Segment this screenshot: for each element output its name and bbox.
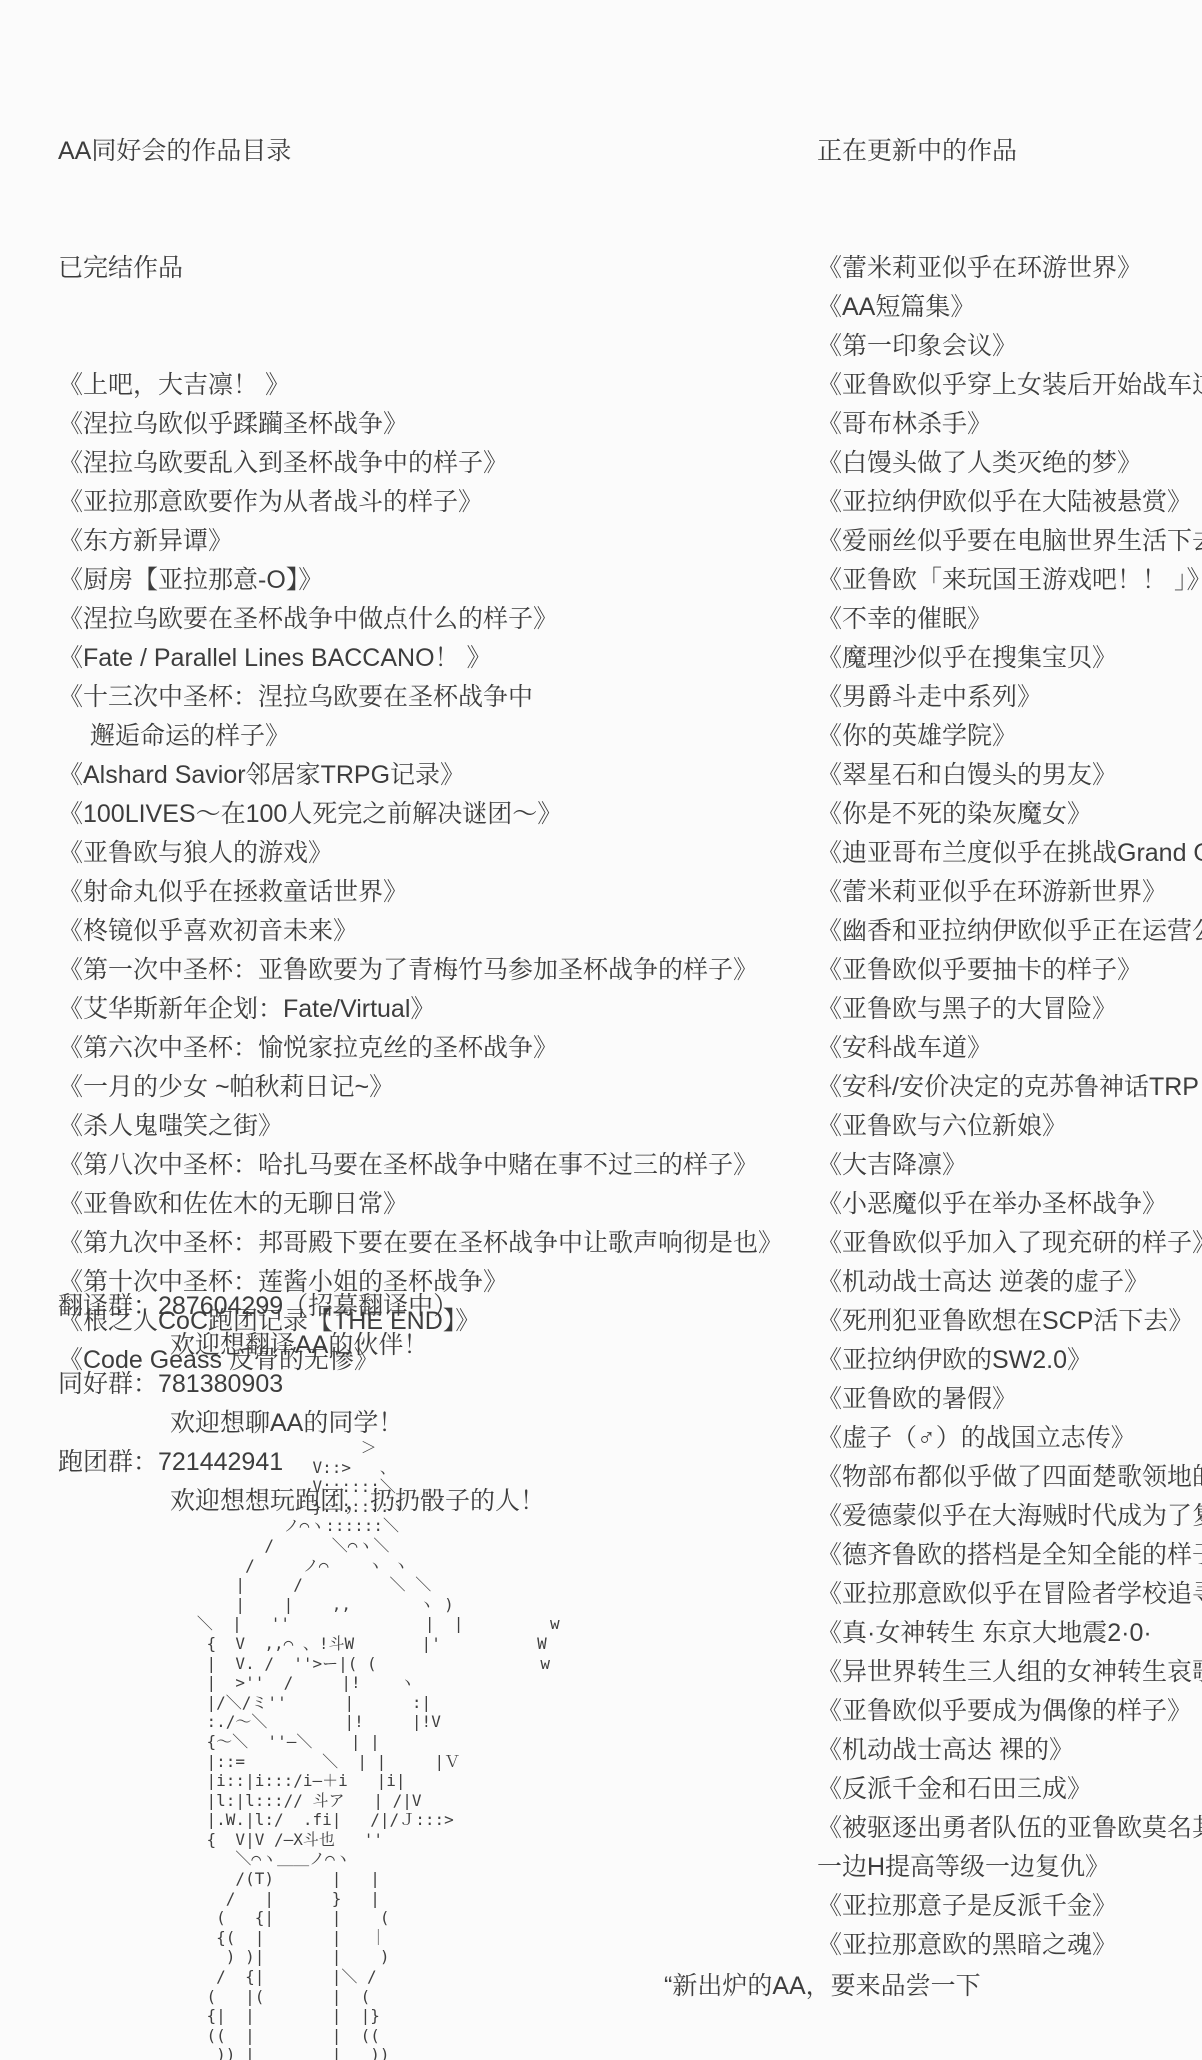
work-title: 《亚鲁欧与六位新娘》 (817, 1107, 1202, 1146)
work-title: 《柊镜似乎喜欢初音未来》 (58, 912, 783, 951)
work-title: 《AA短篇集》 (817, 288, 1202, 327)
work-title: 《蕾米莉亚似乎在环游新世界》 (817, 873, 1202, 912)
work-title: 《十三次中圣杯：涅拉乌欧要在圣杯战争中 (58, 678, 783, 717)
work-title: 《被驱逐出勇者队伍的亚鲁欧莫名其 (817, 1809, 1202, 1848)
work-title: 《亚鲁欧似乎穿上女装后开始战车道 (817, 366, 1202, 405)
ascii-art-character: ＞ V::> 、 V::::::＼ }:::::::ヽ ノ⌒ヽ::::::＼ /… (168, 1438, 560, 2060)
work-title: 《蕾米莉亚似乎在环游世界》 (817, 249, 1202, 288)
work-title: 《第一次中圣杯：亚鲁欧要为了青梅竹马参加圣杯战争的样子》 (58, 951, 783, 990)
work-title: 《机动战士高达 裸的》 (817, 1731, 1202, 1770)
work-title: 《哥布林杀手》 (817, 405, 1202, 444)
work-title: 《Fate / Parallel Lines BACCANO！ 》 (58, 639, 783, 678)
work-title: 《白馒头做了人类灭绝的梦》 (817, 444, 1202, 483)
work-title: 《安科战车道》 (817, 1029, 1202, 1068)
work-title: 《涅拉乌欧要在圣杯战争中做点什么的样子》 (58, 600, 783, 639)
work-title: 邂逅命运的样子》 (58, 717, 783, 756)
work-title: 《亚鲁欧与黑子的大冒险》 (817, 990, 1202, 1029)
work-title: 《异世界转生三人组的女神转生哀歌 (817, 1653, 1202, 1692)
work-title: 《亚拉那意欧似乎在冒险者学校追寻 (817, 1575, 1202, 1614)
work-title: 《安科/安价决定的克苏鲁神话TRP (817, 1068, 1202, 1107)
work-title: 《幽香和亚拉纳伊欧似乎正在运营公 (817, 912, 1202, 951)
work-title: 《涅拉乌欧要乱入到圣杯战争中的样子》 (58, 444, 783, 483)
work-title: 《厨房【亚拉那意-O】》 (58, 561, 783, 600)
work-title: 《亚鲁欧的暑假》 (817, 1380, 1202, 1419)
work-title: 《你的英雄学院》 (817, 717, 1202, 756)
work-title: 《爱德蒙似乎在大海贼时代成为了复 (817, 1497, 1202, 1536)
footer-quote: “新出炉的AA，要来品尝一下 (664, 1966, 981, 2002)
updating-works-column: 正在更新中的作品 《蕾米莉亚似乎在环游世界》《AA短篇集》《第一印象会议》《亚鲁… (817, 54, 1202, 2043)
work-title: 《杀人鬼嗤笑之街》 (58, 1107, 783, 1146)
work-title: 《魔理沙似乎在搜集宝贝》 (817, 639, 1202, 678)
updating-section-label: 正在更新中的作品 (817, 132, 1202, 171)
work-title: 《亚拉那意欧的黑暗之魂》 (817, 1926, 1202, 1965)
work-title: 《真·女神转生 东京大地震2·0· (817, 1614, 1202, 1653)
updating-works-list: 《蕾米莉亚似乎在环游世界》《AA短篇集》《第一印象会议》《亚鲁欧似乎穿上女装后开… (817, 249, 1202, 1965)
work-title: 《你是不死的染灰魔女》 (817, 795, 1202, 834)
completed-section-label: 已完结作品 (58, 249, 783, 288)
catalog-page: AA同好会的作品目录 已完结作品 《上吧，大吉凛！ 》《涅拉乌欧似乎蹂躏圣杯战争… (0, 0, 1202, 2060)
work-title: 《涅拉乌欧似乎蹂躏圣杯战争》 (58, 405, 783, 444)
work-title: 《第一印象会议》 (817, 327, 1202, 366)
work-title: 《亚拉那意欧要作为从者战斗的样子》 (58, 483, 783, 522)
work-title: 《射命丸似乎在拯救童话世界》 (58, 873, 783, 912)
work-title: 《一月的少女 ~帕秋莉日记~》 (58, 1068, 783, 1107)
work-title: 《迪亚哥布兰度似乎在挑战Grand O (817, 834, 1202, 873)
work-title: 《大吉降凛》 (817, 1146, 1202, 1185)
work-title: 《第八次中圣杯：哈扎马要在圣杯战争中赌在事不过三的样子》 (58, 1146, 783, 1185)
work-title: 《亚鲁欧「来玩国王游戏吧！！ 」》 (817, 561, 1202, 600)
work-title: 《物部布都似乎做了四面楚歌领地的 (817, 1458, 1202, 1497)
work-title: 《死刑犯亚鲁欧想在SCP活下去》 (817, 1302, 1202, 1341)
work-title: 《德齐鲁欧的搭档是全知全能的样子 (817, 1536, 1202, 1575)
work-title: 《小恶魔似乎在举办圣杯战争》 (817, 1185, 1202, 1224)
work-title: 《亚拉纳伊欧似乎在大陆被悬赏》 (817, 483, 1202, 522)
work-title: 《亚拉那意子是反派千金》 (817, 1887, 1202, 1926)
work-title: 《不幸的催眠》 (817, 600, 1202, 639)
work-title: 《机动战士高达 逆袭的虚子》 (817, 1263, 1202, 1302)
work-title: 《艾华斯新年企划：Fate/Virtual》 (58, 990, 783, 1029)
work-title: 《东方新异谭》 (58, 522, 783, 561)
work-title: 《虚子（♂）的战国立志传》 (817, 1419, 1202, 1458)
contact-line: 同好群：781380903 (58, 1365, 545, 1404)
work-title: 《上吧，大吉凛！ 》 (58, 366, 783, 405)
work-title: 一边H提高等级一边复仇》 (817, 1848, 1202, 1887)
work-title: 《亚拉纳伊欧的SW2.0》 (817, 1341, 1202, 1380)
work-title: 《亚鲁欧似乎加入了现充研的样子》 (817, 1224, 1202, 1263)
work-title: 《亚鲁欧与狼人的游戏》 (58, 834, 783, 873)
left-column-title: AA同好会的作品目录 (58, 132, 783, 171)
work-title: 《爱丽丝似乎要在电脑世界生活下去 (817, 522, 1202, 561)
work-title: 《翠星石和白馒头的男友》 (817, 756, 1202, 795)
work-title: 《第六次中圣杯：愉悦家拉克丝的圣杯战争》 (58, 1029, 783, 1068)
contact-line: 欢迎想翻译AA的伙伴！ (58, 1326, 545, 1365)
work-title: 《亚鲁欧似乎要抽卡的样子》 (817, 951, 1202, 990)
work-title: 《Alshard Savior邻居家TRPG记录》 (58, 756, 783, 795)
contact-line: 翻译群：287604299（招募翻译中） (58, 1287, 545, 1326)
work-title: 《男爵斗走中系列》 (817, 678, 1202, 717)
work-title: 《反派千金和石田三成》 (817, 1770, 1202, 1809)
work-title: 《100LIVES～在100人死完之前解决谜团～》 (58, 795, 783, 834)
work-title: 《亚鲁欧似乎要成为偶像的样子》 (817, 1692, 1202, 1731)
